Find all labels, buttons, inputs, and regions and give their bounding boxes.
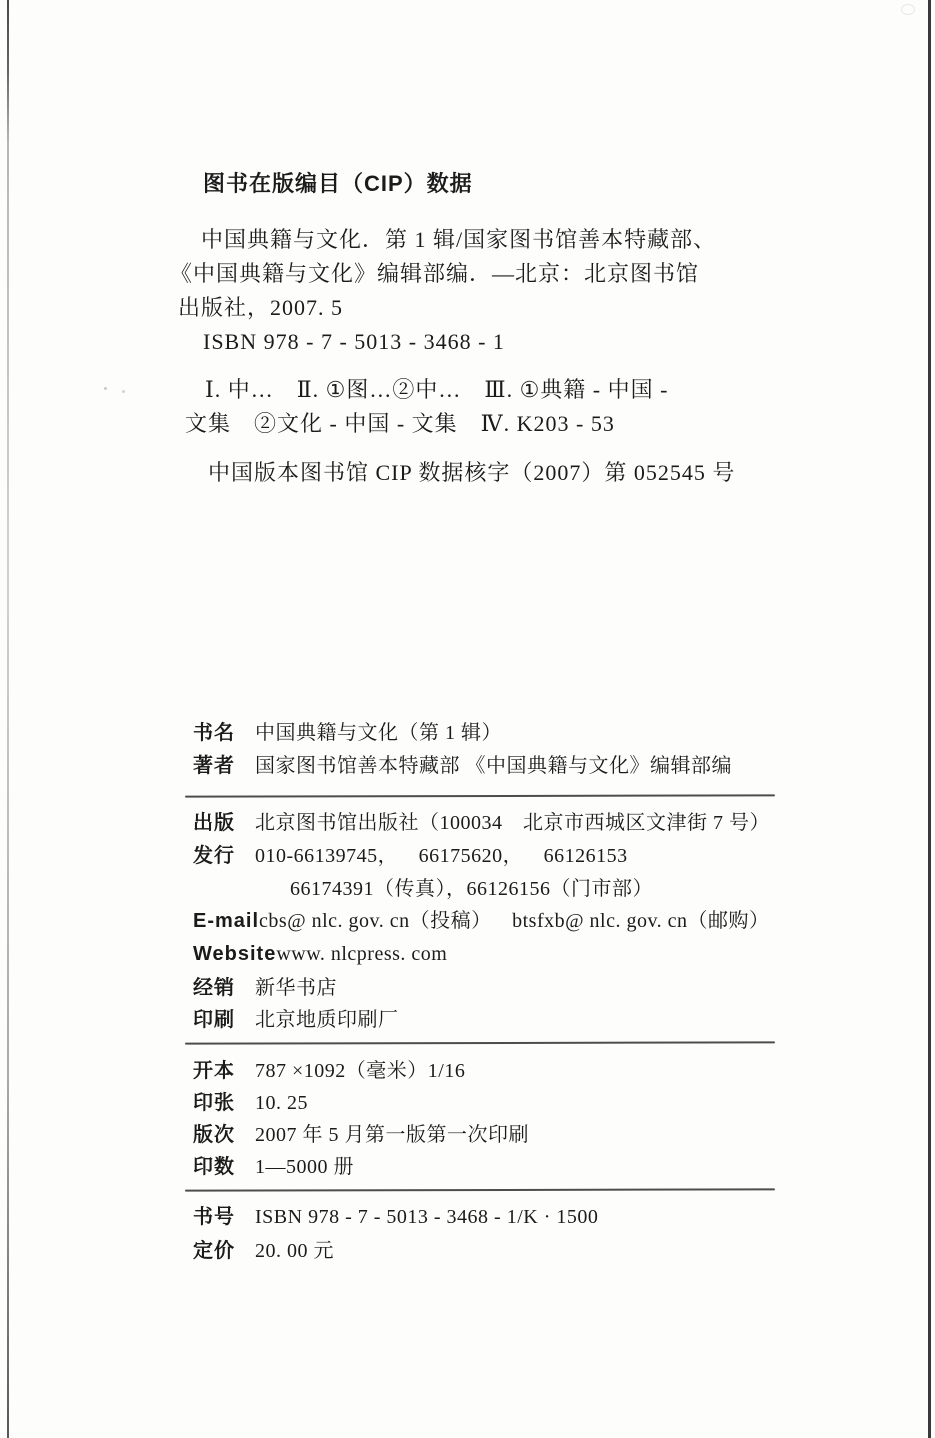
colophon-row-website: Website www. nlcpress. com xyxy=(193,944,447,964)
colophon-row-publisher: 出版 北京图书馆出版社（100034 北京市西城区文津街 7 号） xyxy=(193,813,770,833)
scan-smudge xyxy=(901,4,915,15)
colophon-row-printer: 印刷 北京地质印刷厂 xyxy=(193,1010,399,1030)
divider-rule xyxy=(185,1188,775,1191)
cip-record-number-line: 中国版本图书馆 CIP 数据核字（2007）第 052545 号 xyxy=(208,462,735,484)
row-value: 66174391（传真），66126156（门市部） xyxy=(290,879,653,899)
row-value: 中国典籍与文化（第 1 辑） xyxy=(255,723,502,743)
row-value: ISBN 978 - 7 - 5013 - 3468 - 1/K · 1500 xyxy=(255,1207,598,1227)
colophon-row-title: 书名 中国典籍与文化（第 1 辑） xyxy=(193,723,502,743)
row-value: 北京地质印刷厂 xyxy=(255,1010,399,1030)
colophon-row-retail: 经销 新华书店 xyxy=(193,978,337,998)
divider-rule xyxy=(185,794,775,797)
row-value: 10. 25 xyxy=(255,1093,308,1113)
row-label: Website xyxy=(193,944,276,964)
scan-edge-left xyxy=(7,0,9,1438)
cip-description-line-2: 《中国典籍与文化》编辑部编．—北京：北京图书馆 xyxy=(170,263,699,285)
colophon-row-email: E-mail cbs@ nlc. gov. cn（投稿） btsfxb@ nlc… xyxy=(193,911,770,931)
cip-classification-line-1: Ⅰ. 中… Ⅱ. ①图…②中… Ⅲ. ①典籍 - 中国 - xyxy=(205,379,668,401)
row-label: 书名 xyxy=(193,723,255,743)
colophon-row-distribution: 发行 010-66139745， 66175620， 66126153 xyxy=(193,846,628,866)
cip-description-line-3: 出版社，2007. 5 xyxy=(178,297,343,319)
row-label: 发行 xyxy=(193,846,255,866)
row-value: 20. 00 元 xyxy=(255,1241,334,1261)
row-label: 印数 xyxy=(193,1157,255,1177)
row-label: E-mail xyxy=(193,911,259,931)
row-label: 版次 xyxy=(193,1125,255,1145)
cip-classification-line-2: 文集 ②文化 - 中国 - 文集 Ⅳ. K203 - 53 xyxy=(185,413,615,435)
row-label: 印刷 xyxy=(193,1010,255,1030)
row-value: www. nlcpress. com xyxy=(276,944,447,964)
row-label: 开本 xyxy=(193,1061,255,1081)
row-label: 书号 xyxy=(193,1207,255,1227)
row-label: 经销 xyxy=(193,978,255,998)
scanned-copyright-page: 图书在版编目（CIP）数据 中国典籍与文化．第 1 辑/国家图书馆善本特藏部、 … xyxy=(0,0,935,1438)
row-value: 1—5000 册 xyxy=(255,1157,354,1177)
colophon-row-sheets: 印张 10. 25 xyxy=(193,1093,308,1113)
row-label: 著者 xyxy=(193,756,255,776)
cip-description-line-1: 中国典籍与文化．第 1 辑/国家图书馆善本特藏部、 xyxy=(201,229,716,251)
row-label: 定价 xyxy=(193,1241,255,1261)
row-value: 787 ×1092（毫米）1/16 xyxy=(255,1061,465,1081)
row-value: 新华书店 xyxy=(255,978,337,998)
scan-smudge xyxy=(104,387,107,390)
cip-isbn-line: ISBN 978 - 7 - 5013 - 3468 - 1 xyxy=(203,331,505,353)
colophon-row-format: 开本 787 ×1092（毫米）1/16 xyxy=(193,1061,465,1081)
colophon-row-book-number: 书号 ISBN 978 - 7 - 5013 - 3468 - 1/K · 15… xyxy=(193,1207,598,1227)
colophon-row-price: 定价 20. 00 元 xyxy=(193,1241,334,1261)
colophon-row-edition: 版次 2007 年 5 月第一版第一次印刷 xyxy=(193,1125,529,1145)
divider-rule xyxy=(185,1041,775,1044)
row-value: 010-66139745， 66175620， 66126153 xyxy=(255,846,628,866)
scan-smudge xyxy=(122,390,125,393)
colophon-row-author: 著者 国家图书馆善本特藏部 《中国典籍与文化》编辑部编 xyxy=(193,756,732,776)
cip-heading: 图书在版编目（CIP）数据 xyxy=(203,173,473,195)
row-value: 2007 年 5 月第一版第一次印刷 xyxy=(255,1125,529,1145)
row-value: 北京图书馆出版社（100034 北京市西城区文津街 7 号） xyxy=(255,813,770,833)
colophon-row-distribution-2: 66174391（传真），66126156（门市部） xyxy=(193,879,653,899)
row-value: cbs@ nlc. gov. cn（投稿） btsfxb@ nlc. gov. … xyxy=(259,911,770,931)
colophon-row-print-run: 印数 1—5000 册 xyxy=(193,1157,354,1177)
scan-edge-right xyxy=(928,0,931,1438)
row-label: 印张 xyxy=(193,1093,255,1113)
row-value: 国家图书馆善本特藏部 《中国典籍与文化》编辑部编 xyxy=(255,756,732,776)
row-label: 出版 xyxy=(193,813,255,833)
